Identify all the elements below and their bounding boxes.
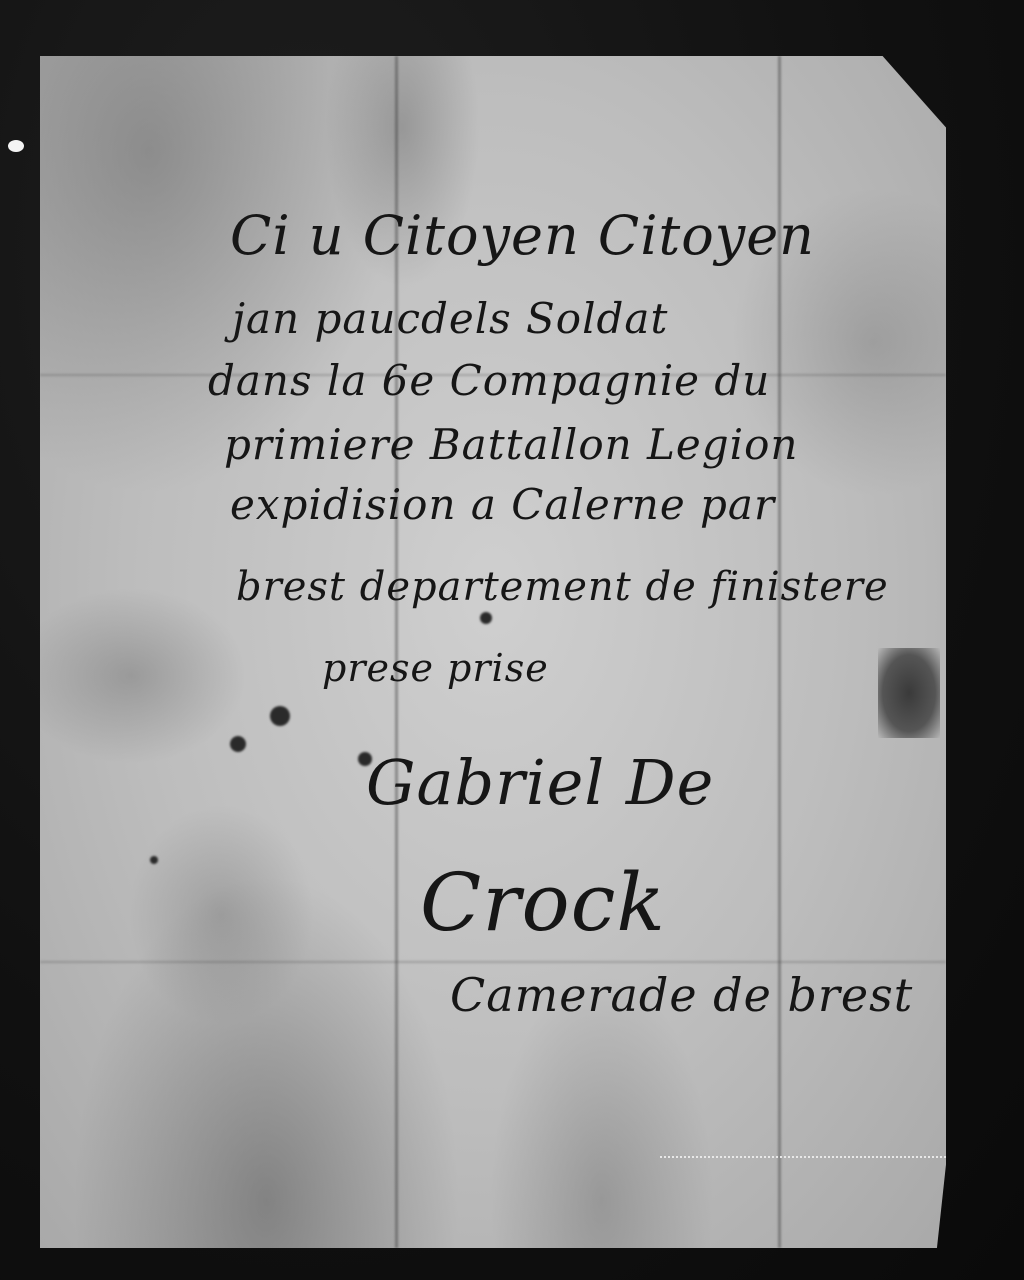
torn-edge (660, 1156, 950, 1162)
letter-paper: Ci u Citoyen Citoyen jan paucdels Soldat… (40, 56, 946, 1248)
letter-line-5: expidision a Calerne par (230, 480, 775, 529)
letter-line-4: primiere Battallon Legion (224, 420, 798, 469)
signature-closing: Camerade de brest (450, 968, 913, 1022)
ink-blot (480, 612, 492, 624)
ink-blot (230, 736, 246, 752)
stain-patch (878, 648, 940, 738)
letter-line-2: jan paucdels Soldat (232, 294, 668, 343)
letter-line-7: prese prise (322, 646, 549, 690)
fold-line-horizontal (40, 961, 946, 963)
signature-name-1: Gabriel De (366, 746, 714, 819)
ink-blot (150, 856, 158, 864)
letter-line-6: brest departement de finistere (236, 564, 889, 610)
letter-line-1: Ci u Citoyen Citoyen (230, 204, 815, 267)
dust-speck (8, 140, 24, 152)
letter-line-3: dans la 6e Compagnie du (208, 356, 770, 405)
ink-blot (270, 706, 290, 726)
signature-name-2: Crock (420, 856, 666, 949)
